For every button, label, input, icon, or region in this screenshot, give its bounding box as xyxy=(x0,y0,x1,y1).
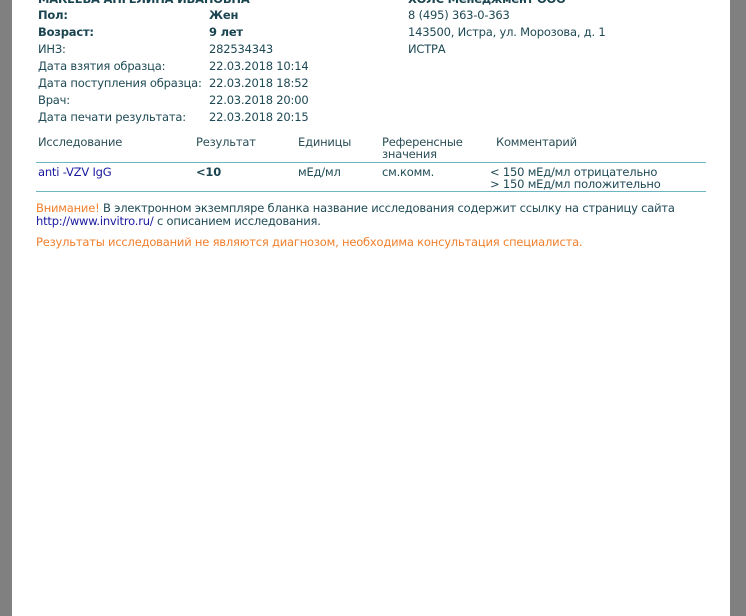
table-row-rule xyxy=(36,191,706,192)
attention-text: В электронном экземпляре бланка название… xyxy=(99,201,674,215)
field-value-doctor: 22.03.2018 20:00 xyxy=(209,93,308,107)
patient-name: МАКЕЕВА АНГЕЛИНА ИВАНОВНА xyxy=(38,0,250,6)
field-label-doctor: Врач: xyxy=(38,93,70,107)
field-value-age: 9 лет xyxy=(209,25,243,39)
test-comment-line2: > 150 мЕд/мл положительно xyxy=(490,177,661,191)
col-header-ref-line2: значения xyxy=(382,147,437,161)
field-label-inz: ИНЗ: xyxy=(38,42,66,56)
test-name-link[interactable]: anti -VZV IgG xyxy=(38,165,111,179)
field-value-sex: Жен xyxy=(209,8,238,22)
col-header-units: Единицы xyxy=(298,135,351,149)
field-label-sample-date: Дата взятия образца: xyxy=(38,59,165,73)
link-note: http://www.invitro.ru/ с описанием иссле… xyxy=(36,214,321,228)
report-page: МАКЕЕВА АНГЕЛИНА ИВАНОВНА ХОЛС Менеджмен… xyxy=(12,0,730,616)
disclaimer: Результаты исследований не являются диаг… xyxy=(36,235,582,249)
field-value-receipt-date: 22.03.2018 18:52 xyxy=(209,76,308,90)
clinic-phone: 8 (495) 363-0-363 xyxy=(408,8,510,22)
test-ref: см.комм. xyxy=(382,165,434,179)
field-label-print-date: Дата печати результата: xyxy=(38,110,186,124)
field-label-receipt-date: Дата поступления образца: xyxy=(38,76,202,90)
clinic-address: 143500, Истра, ул. Морозова, д. 1 xyxy=(408,25,606,39)
table-header-rule xyxy=(36,162,706,163)
test-result: <10 xyxy=(196,165,221,179)
col-header-comment: Комментарий xyxy=(496,135,577,149)
attention-note: Внимание! В электронном экземпляре бланк… xyxy=(36,201,675,215)
col-header-test: Исследование xyxy=(38,135,122,149)
field-value-inz: 282534343 xyxy=(209,42,273,56)
test-units: мЕд/мл xyxy=(298,165,341,179)
invitro-link[interactable]: http://www.invitro.ru/ xyxy=(36,214,154,228)
field-label-age: Возраст: xyxy=(38,25,94,39)
clinic-name: ХОЛС Менеджмент ООО xyxy=(408,0,566,6)
clinic-city: ИСТРА xyxy=(408,42,445,56)
field-value-sample-date: 22.03.2018 10:14 xyxy=(209,59,308,73)
attention-label: Внимание! xyxy=(36,201,99,215)
field-label-sex: Пол: xyxy=(38,8,68,22)
link-suffix: с описанием исследования. xyxy=(154,214,321,228)
field-value-print-date: 22.03.2018 20:15 xyxy=(209,110,308,124)
col-header-result: Результат xyxy=(196,135,256,149)
